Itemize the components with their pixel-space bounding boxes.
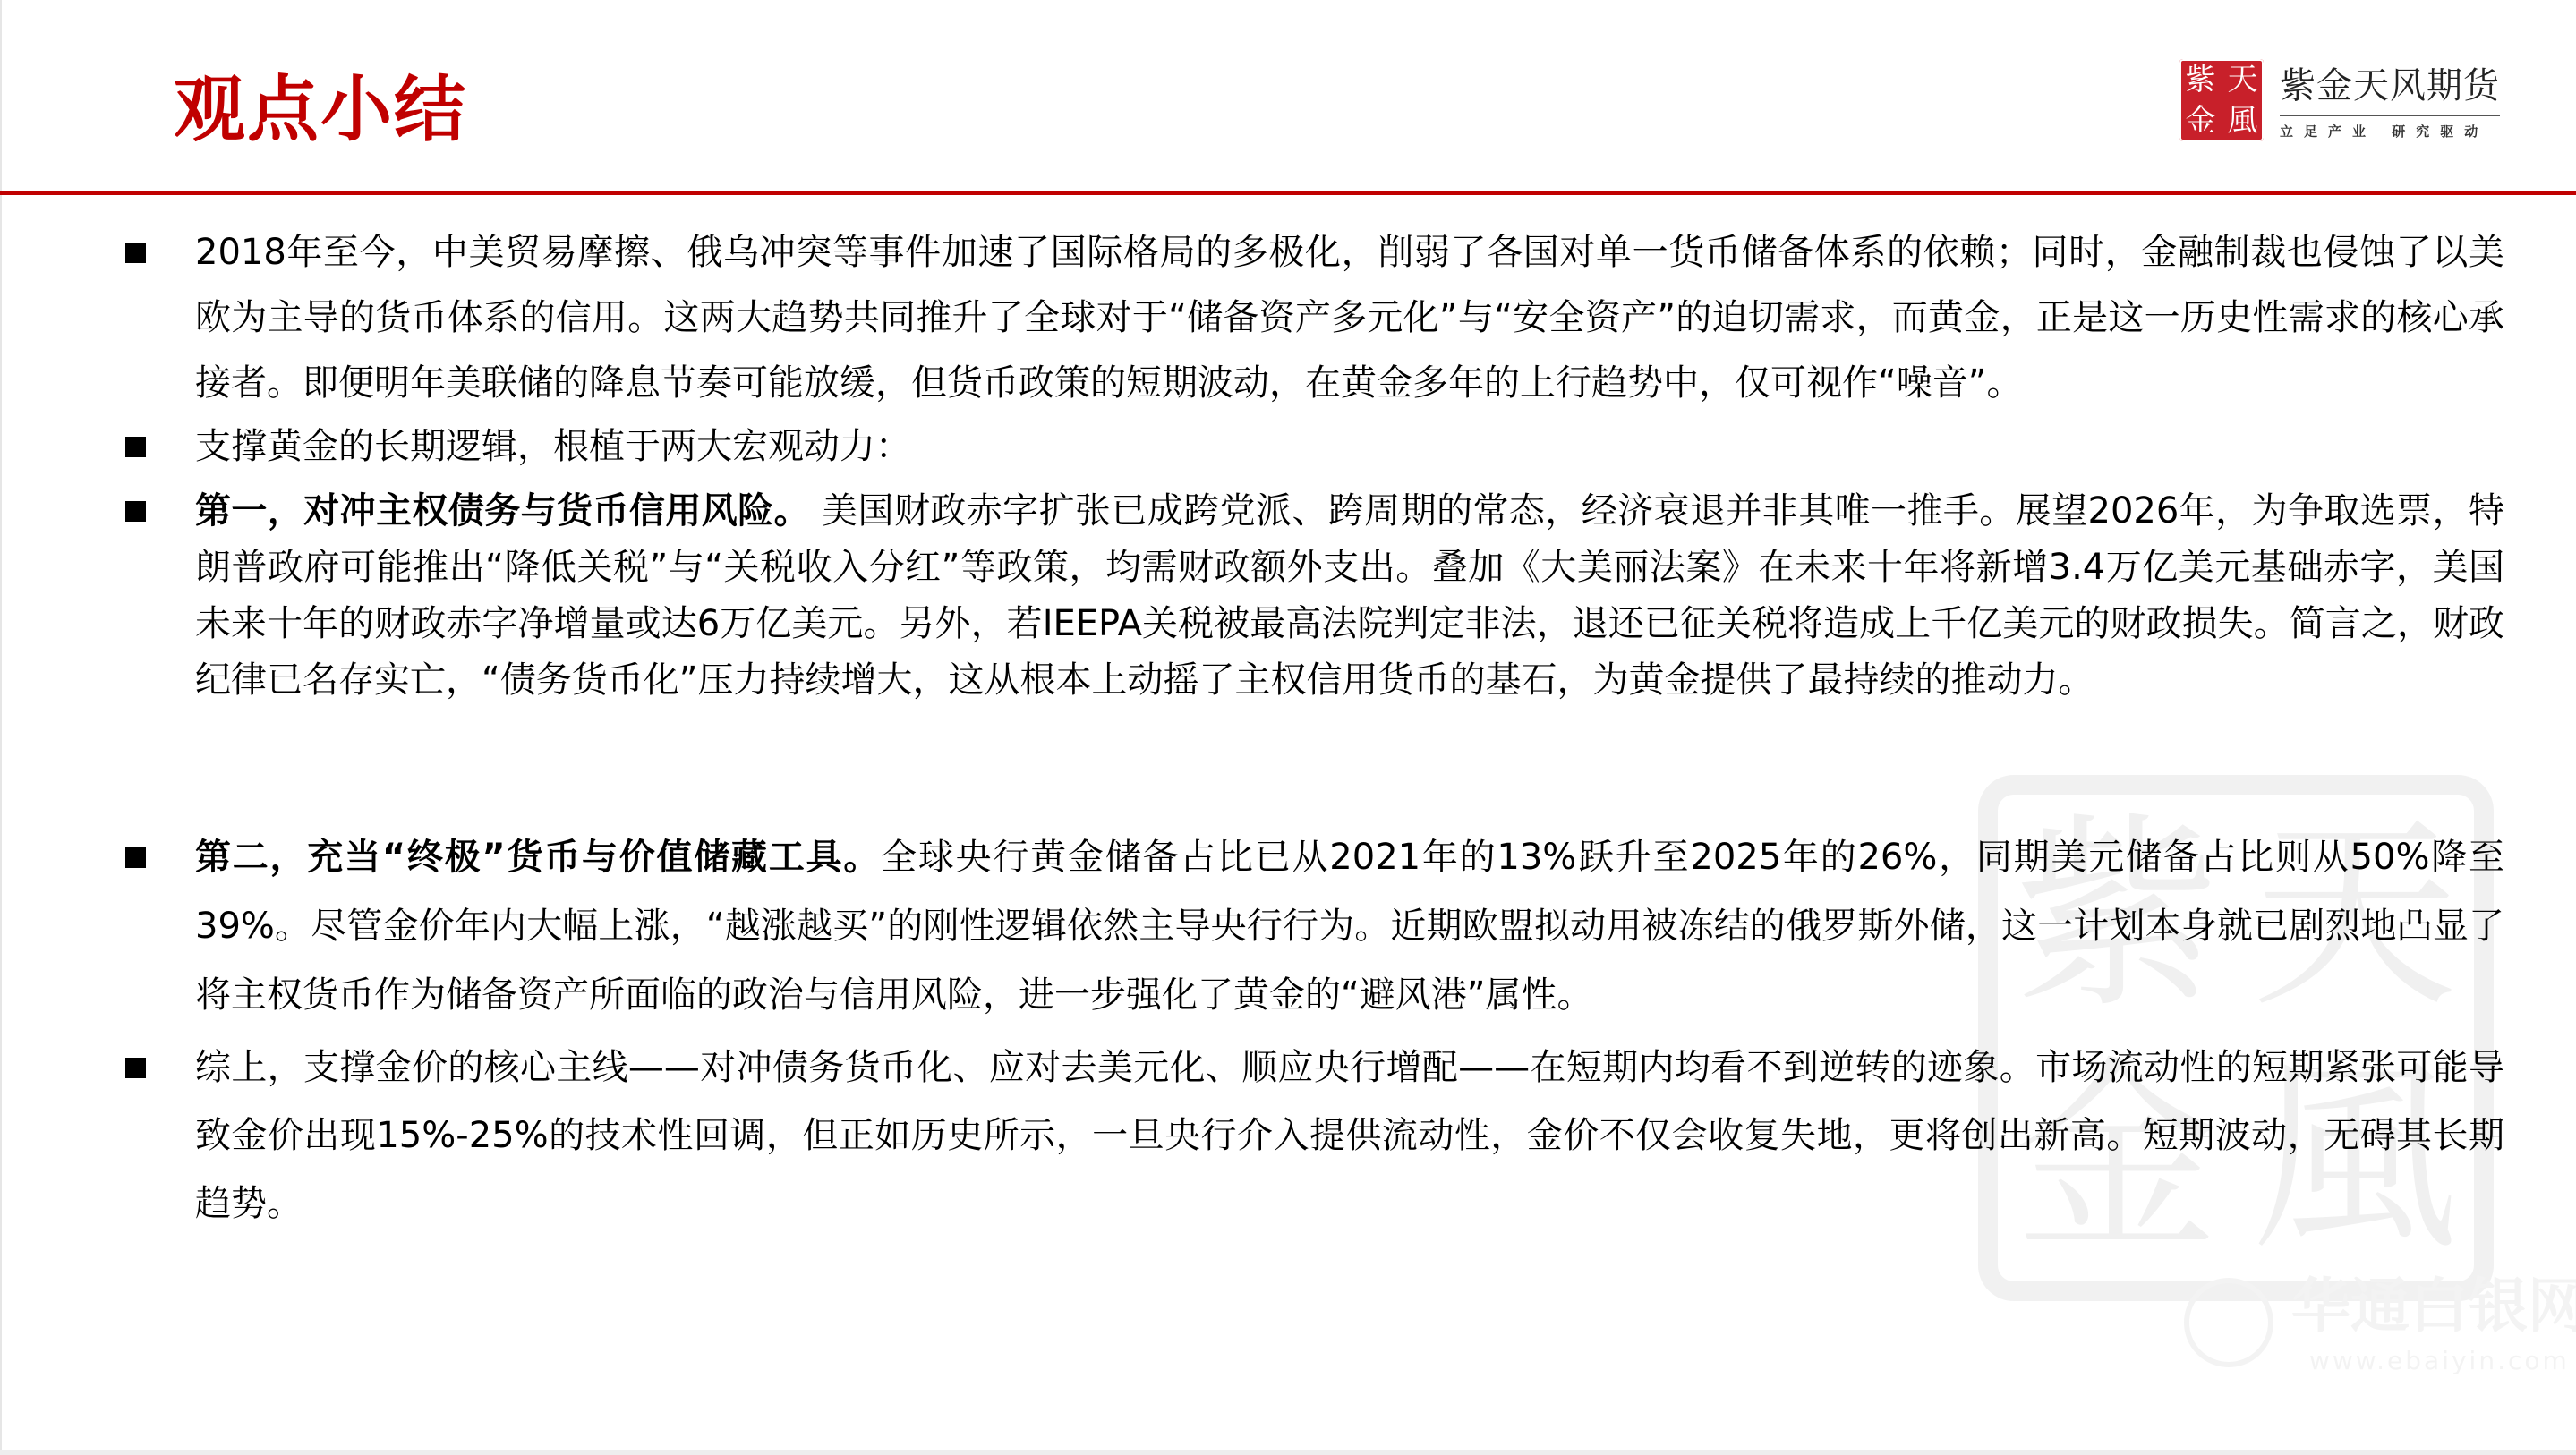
bullet-item: 支撑黄金的长期逻辑，根植于两大宏观动力： [195,414,2504,480]
bullet-text: 综上，支撑金价的核心主线——对冲债务货币化、应对去美元化、顺应央行增配——在短期… [195,1047,2504,1224]
bullet-item: 2018年至今，中美贸易摩擦、俄乌冲突等事件加速了国际格局的多极化，削弱了各国对… [195,220,2504,416]
bullet-item: 综上，支撑金价的核心主线——对冲债务货币化、应对去美元化、顺应央行增配——在短期… [195,1034,2504,1238]
seal-char: 風 [2222,100,2264,141]
seal-char: 天 [2222,59,2264,100]
brand-slogan: 立足产业 研究驱动 [2280,123,2488,140]
site-logo-icon [2184,1278,2273,1367]
slide-bottom-edge [0,1450,2576,1455]
seal-char: 紫 [2179,59,2222,100]
page-title: 观点小结 [174,64,467,154]
header-divider [0,191,2576,195]
brand-name: 紫金天风期货 [2280,66,2500,106]
square-bullet-icon [125,437,146,457]
bullet-text: 2018年至今，中美贸易摩擦、俄乌冲突等事件加速了国际格局的多极化，削弱了各国对… [195,232,2504,404]
bullet-bold-lead: 第一，对冲主权债务与货币信用风险。 [195,490,810,532]
site-watermark: 华通白银网 www.ebaiyin.com [2184,1271,2576,1396]
brand-divider [2280,115,2500,116]
bullet-item: 第二，充当“终极”货币与价值储藏工具。全球央行黄金储备占比已从2021年的13%… [195,823,2504,1030]
square-bullet-icon [125,242,146,263]
square-bullet-icon [125,847,146,868]
square-bullet-icon [125,1058,146,1078]
seal-char: 金 [2179,100,2222,141]
bullet-text: 支撑黄金的长期逻辑，根植于两大宏观动力： [195,426,911,467]
site-watermark-name: 华通白银网 [2291,1271,2576,1342]
seal-logo-icon: 紫 天 金 風 [2179,59,2264,141]
slide-edge [0,0,2,1455]
brand-logo: 紫 天 金 風 紫金天风期货 立足产业 研究驱动 [2179,59,2520,145]
site-watermark-url: www.ebaiyin.com [2309,1346,2570,1376]
bullet-bold-lead: 第二，充当“终极”货币与价值储藏工具。 [195,837,881,878]
square-bullet-icon [125,501,146,522]
bullet-item: 第一，对冲主权债务与货币信用风险。 美国财政赤字扩张已成跨党派、跨周期的常态，经… [195,483,2504,709]
